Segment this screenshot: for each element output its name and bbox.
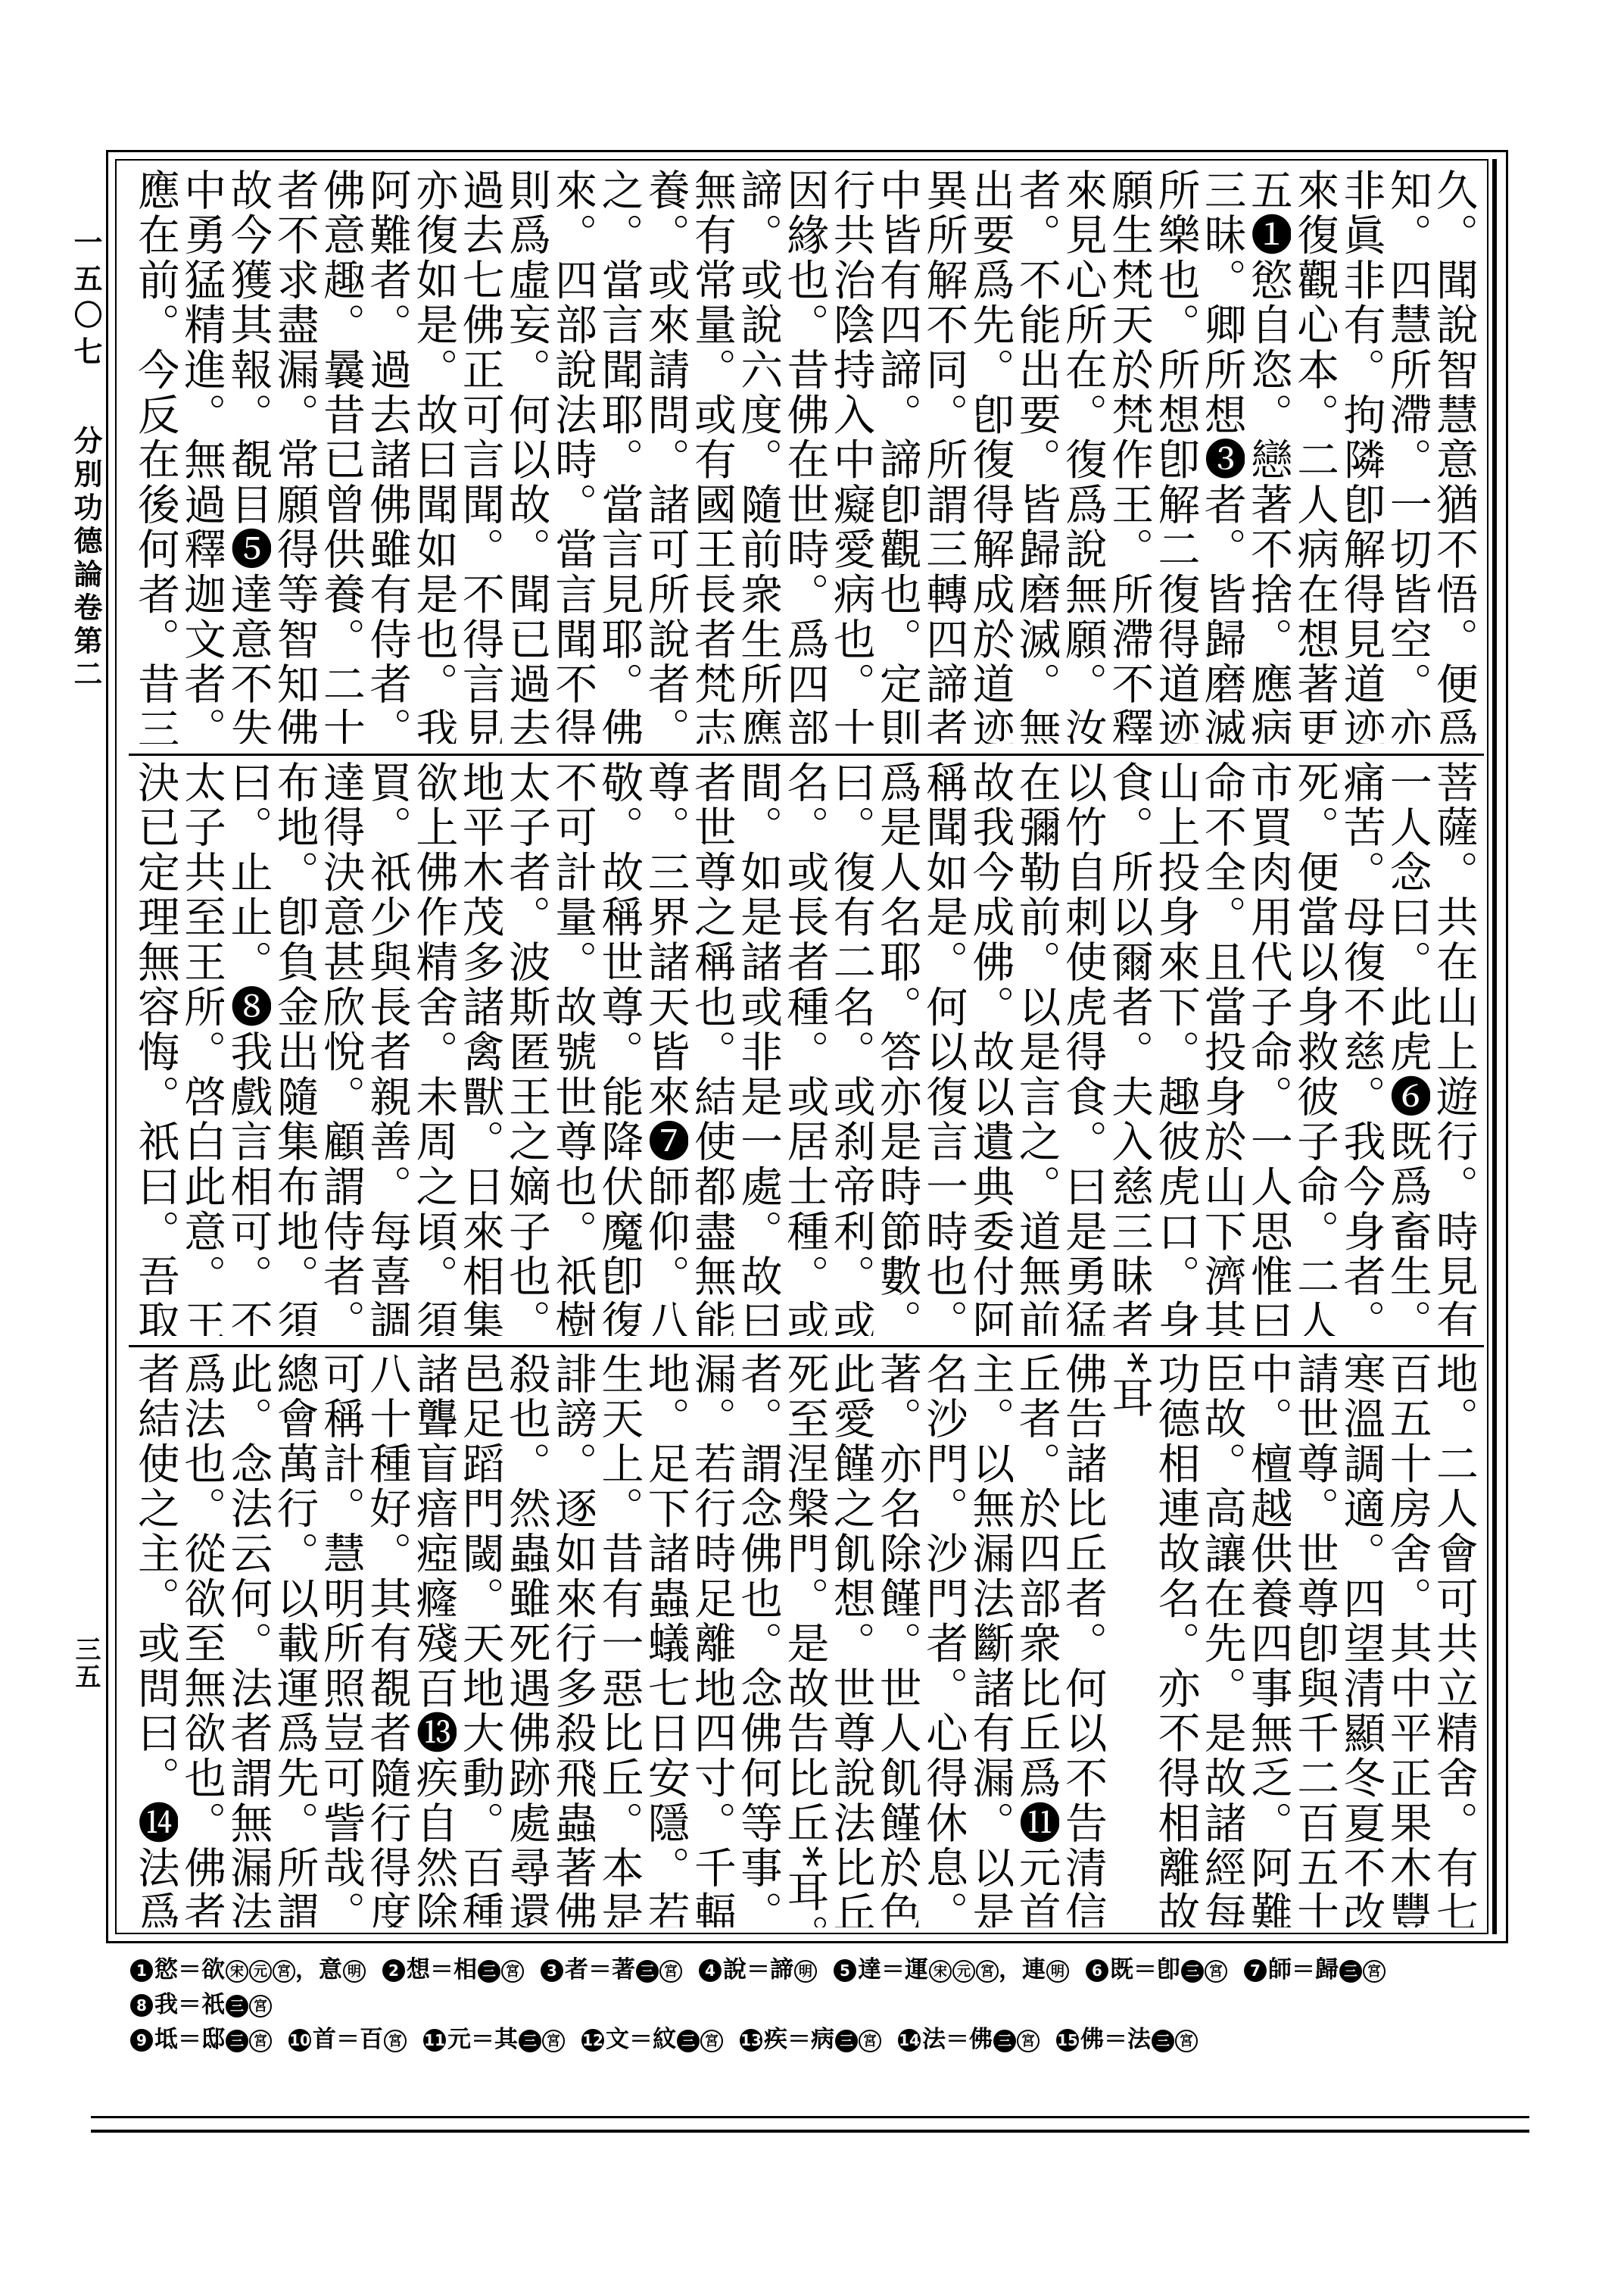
text-column: 太子者。波斯匿王之嫡子也。有園田八十頃。 (503, 760, 549, 1336)
text-column: 知。四慧所滯。一切皆空。亦復無常。喩若幻化 (1385, 168, 1430, 744)
running-header: 一五〇七分別功德論卷第二 (67, 227, 104, 692)
text-column: 請世尊。世尊卽與千二百五十比丘。遊止其 (1292, 1352, 1337, 1927)
text-column: 地。足下諸蟲蟻七日安隱。若其命終者。皆得 (643, 1352, 688, 1927)
edition-mark-icon: 宮 (249, 2030, 272, 2052)
text-column: 決已定理無容悔。祇曰。吾取樹分。卿便取 (132, 760, 178, 1336)
edition-mark-icon: 三 (636, 1960, 659, 1983)
edition-mark-icon: 元 (249, 1960, 272, 1983)
footnote-number-badge: 8 (130, 1994, 153, 2017)
text-column: 者不求盡漏。常願得等智知佛意趣。以是 (272, 168, 317, 744)
text-column: 著。亦名除饉。世人飢饉於色欲。比丘者除 (874, 1352, 920, 1927)
text-column: 此。念法云何。法者謂無漏法無欲法道法無 (226, 1352, 271, 1927)
footnote-variant: 疾＝病 (764, 2026, 834, 2053)
edition-mark-icon: 三 (677, 2030, 700, 2052)
collation-footnotes: 1慾＝欲宋元宮，意明2想＝相三宮3者＝著三宮4說＝諦明5達＝運宋元宮，連明6既＝… (130, 1952, 1508, 2057)
footnote-item: 6既＝卽三宮 (1086, 1952, 1227, 1987)
edition-mark-icon: 三 (226, 2030, 248, 2052)
footnote-variant: 坻＝邸 (154, 2026, 225, 2053)
edition-mark-icon: 宮 (976, 1960, 999, 1983)
text-column: 則爲虛妄。何以故。聞已過去見者現在。如 (503, 168, 549, 744)
text-column: 不可計量。故號世尊也。祇樹給孤獨園。祇陀 (550, 760, 595, 1336)
edition-mark-icon: 三 (478, 1960, 500, 1983)
text-column: 此愛饉之飢想。世尊說法比丘能受。斷除生 (828, 1352, 874, 1927)
bottom-rule (91, 2116, 1529, 2118)
side-page-mark: 三五 (70, 1636, 104, 1690)
footnote-number-badge: 13 (740, 2029, 762, 2052)
text-column: 者世尊之稱也。結使都盡無能過者。故稱爲 (689, 760, 734, 1336)
footnote-variant: 慾＝欲 (154, 1956, 225, 1983)
text-column: 過去七佛正可言聞。不得言見也。汝於將來 (457, 168, 503, 744)
text-column: 市買肉用代子命。一人思惟曰。若此往返子 (1245, 760, 1291, 1336)
footnote-variant: 佛＝法 (1080, 2026, 1151, 2053)
text-column: 命不全。且當投身於山下濟其子命耳。卽從 (1199, 760, 1245, 1336)
text-column: 太子共至王所。啓白此意。王曰。法無二言。許 (179, 760, 224, 1336)
footnote-item: 14法＝佛三宮 (898, 2022, 1040, 2057)
text-column: 地平木茂多諸禽獸。日來相集。祇心存佛。常 (457, 760, 503, 1336)
text-column: 痛苦。母復不慈。我今身者。四大合成會當歸 (1339, 760, 1384, 1336)
text-column: 中勇猛精進。無過釋迦文者。兄弟之中彌勒 (179, 168, 224, 744)
edition-mark-icon: 宮 (249, 1995, 272, 2018)
footnote-item: 2想＝相三宮 (382, 1952, 524, 1987)
text-column: 諦。或說六度。隨前衆生所應聞者。各爲敷演 (735, 168, 781, 744)
text-column: 生天上。昔有一惡比丘。本是外道。欲假服 (597, 1352, 642, 1927)
edition-mark-icon: 三 (1152, 2030, 1174, 2052)
band-divider (129, 1345, 1484, 1347)
text-column: 欲上佛作精舍。未周之頃。須達長者復來請 (411, 760, 457, 1336)
footnote-variant: 達＝運 (858, 1956, 928, 1983)
text-column: 行共治陰持入中癡愛病也。十二者破十二 (828, 168, 874, 744)
footnote-number-badge: 4 (699, 1959, 722, 1982)
edition-mark-icon: 三 (1339, 1960, 1362, 1983)
text-column: 應在前。今反在後何者。昔三十劫前時有三 (132, 168, 178, 744)
edition-mark-icon: 宮 (1017, 2030, 1040, 2052)
footnote-item: 5達＝運宋元宮，連明 (834, 1952, 1069, 1987)
text-band-lower: 地。二人會可共立精舍。有七十二講堂。千二百五十房舍。其中平正果木豐茂。流泉浴池寒… (125, 1352, 1484, 1927)
text-column: 名沙門。沙門者。心得休息。息移有欲寂然無 (921, 1352, 966, 1927)
footnote-number-badge: 2 (382, 1959, 405, 1982)
footnote-number-badge: 9 (130, 2029, 153, 2052)
edition-mark-icon: 宮 (700, 2030, 723, 2052)
text-column: 稱聞如是。何以復言一時也。爲是日月數。 (921, 760, 966, 1336)
text-column: 臣故。高讓在先。是故諸經每稱祇爲❿首。以 (1199, 1352, 1245, 1927)
text-column: 阿難者。過去諸佛雖有侍者。無如阿難知 (364, 168, 410, 744)
edition-mark-icon: 宋 (226, 1960, 248, 1983)
footnote-alt-variant: ，連 (999, 1956, 1046, 1983)
footnote-variant: 想＝相 (407, 1956, 477, 1983)
text-column: 異所解不同。所謂三轉四諦者。空無相願 (921, 168, 966, 744)
text-column: 功德相連故名。亦不得相離故。常合以爲稱 (1153, 1352, 1199, 1927)
footnote-variant: 師＝歸 (1268, 1956, 1339, 1983)
footnote-number-badge: 6 (1086, 1959, 1108, 1982)
text-column: 來復觀心本。二人病在想著更樂。思憶在家。 (1292, 168, 1337, 744)
edition-mark-icon: 三 (835, 2030, 858, 2052)
text-column: 總會萬行。以載運爲先。所謂念佛。其義如 (272, 1352, 317, 1927)
text-column: 故今獲其報。覩目❺達意不失宜則。諸佛之 (226, 168, 271, 744)
edition-mark-icon: 宮 (384, 2030, 407, 2052)
text-column: 誹謗。逐如來行多殺飛蟲著佛跡處。言蹈蟲 (550, 1352, 595, 1927)
text-column: 養。或來請問。諸可所說者。阿離問曰。云何名 (643, 168, 688, 744)
text-column: 一人念曰。此虎❻既爲畜生。復食其子死有 (1385, 760, 1430, 1336)
text-column: 亦復如是。故曰聞如是也。我所以慇懃囑累 (411, 168, 457, 744)
edition-mark-icon: 明 (343, 1960, 366, 1983)
edition-mark-icon: 三 (1181, 1960, 1204, 1983)
footnote-item: 10首＝百宮 (288, 2022, 407, 2057)
edition-mark-icon: 宋 (929, 1960, 952, 1983)
footnote-item: 8我＝祇三宮 (130, 1987, 272, 2022)
text-column: 曰。復有二名。或刹帝利。或婆羅門。復有二 (828, 760, 874, 1336)
text-column: 中皆有四諦。諦卽觀也。定則止也。止觀雙 (874, 168, 920, 744)
footnote-number-badge: 15 (1056, 2029, 1079, 2052)
text-column: 食。所以爾者。夫入慈三昧者。物莫能害也。故 (1106, 760, 1152, 1336)
text-column: 者結使之主。或問曰。⓮法爲在先⓯佛爲在先。 (132, 1352, 178, 1927)
text-column: 漏。若行時足離地四寸。千輻相⓬文跡現於 (689, 1352, 734, 1927)
text-column: 死至涅槃門。是故告比丘*耳。當修行一法 (782, 1352, 828, 1927)
text-column: 願生梵天於梵作王。所滯不釋復以爲累。如 (1106, 168, 1152, 744)
text-column: 敬。故稱世尊。能降伏魔卽復是尊。如是所稱 (597, 760, 642, 1336)
text-column: 者。不能出要。皆歸磨滅。無常存者可捨所求。 (1014, 168, 1059, 744)
text-band-upper: 久。聞說智慧意猶不悟。便爲說空。拘隣當知。四慧所滯。一切皆空。亦復無常。喩若幻化… (125, 168, 1484, 744)
text-column: 名。或長者種。或居士種。或在天上。或在人 (782, 760, 828, 1336)
text-column: 非眞非有。拘隣卽解得見道迹。四人未解。如 (1339, 168, 1384, 744)
footnote-variant: 元＝其 (447, 2026, 518, 2053)
text-column: 以竹自刺使虎得食。曰是勇猛卽超九劫。今 (1060, 760, 1105, 1336)
footnote-variant: 既＝卽 (1110, 1956, 1180, 1983)
text-column: 布地。卽負金出隨集布地。須臾滿四十頃。祇 (272, 760, 317, 1336)
edition-mark-icon: 宮 (659, 1960, 682, 1983)
text-column: 達得決意甚欣悅。顧謂侍者。速嚴駕象載金 (318, 760, 363, 1336)
text-column: 丘者。於四部衆比丘爲⓫元首。又復是破惡之 (1014, 1352, 1059, 1927)
edition-mark-icon: 宮 (859, 2030, 881, 2052)
edition-mark-icon: 元 (952, 1960, 975, 1983)
footnote-number-badge: 1 (130, 1959, 153, 1982)
footnote-item: 12文＝紋三宮 (581, 2022, 723, 2057)
text-column: 八十種好。其有覩者隨行得度。功德所濟不 (364, 1352, 410, 1927)
footnote-item: 15佛＝法三宮 (1056, 2022, 1198, 2057)
text-column: 無有常量。或有國王長者梵志居士。或請供 (689, 168, 734, 744)
footnote-item: 3者＝著三宮 (541, 1952, 682, 1987)
footnote-variant: 我＝祇 (154, 1991, 225, 2018)
text-column: 三昧。卿所想❸者。皆歸磨滅。故爲馳心放在 (1199, 168, 1245, 744)
text-column: 久。聞說智慧意猶不悟。便爲說空。拘隣當 (1431, 168, 1476, 744)
bottom-rule (91, 2130, 1529, 2133)
text-column: 菩薩。共在山上遊行。時見有餓虎欲食其子。 (1431, 760, 1476, 1336)
text-column: 寒溫調適。四望清顯冬夏不改。嚴治都訖共 (1339, 1352, 1384, 1927)
text-column: 主。以無漏法斷諸有漏。以是故先告比丘。亦 (968, 1352, 1013, 1927)
text-column: 出要爲先。卽復得解成於道迹。五人所滯。各 (968, 168, 1013, 744)
footnote-alt-variant: ，意 (295, 1956, 342, 1983)
footnote-number-badge: 7 (1244, 1959, 1267, 1982)
edition-mark-icon: 三 (226, 1995, 248, 2018)
edition-mark-icon: 三 (993, 2030, 1016, 2052)
footnote-item: 11元＝其三宮 (423, 2022, 565, 2057)
text-column: 尊。三界諸天皆來❼師仰。八部鬼神亦所宗 (643, 760, 688, 1336)
text-column: 邑足蹈門閾。天地大動。百種音樂不鼓自鳴。 (457, 1352, 503, 1927)
footnote-number-badge: 11 (423, 2029, 446, 2052)
edition-mark-icon: 明 (794, 1960, 817, 1983)
text-column: 諸聾盲瘖瘂癃殘百⓭疾自然除愈。三十二相 (411, 1352, 457, 1927)
footnote-item: 1慾＝欲宋元宮，意明 (130, 1952, 366, 1987)
footnote-number-badge: 3 (541, 1959, 563, 1982)
footnote-variant: 文＝紋 (606, 2026, 676, 2053)
text-column: 死。便當以身救彼子命。二人不肯。方欲詣 (1292, 760, 1337, 1336)
text-band-middle: 菩薩。共在山上遊行。時見有餓虎欲食其子。一人念曰。此虎❻既爲畜生。復食其子死有痛… (125, 760, 1484, 1336)
footnote-variant: 首＝百 (313, 2026, 383, 2053)
text-column: 百五十房舍。其中平正果木豐茂。流泉浴池 (1385, 1352, 1430, 1927)
footnote-number-badge: 5 (834, 1959, 856, 1982)
page-number: 一五〇七 (69, 227, 102, 373)
text-column: 可稱計。慧明所照豈可訾哉。佛者諸法之主。 (318, 1352, 363, 1927)
edition-mark-icon: 宮 (1363, 1960, 1386, 1983)
footnote-item: 13疾＝病三宮 (740, 2022, 881, 2057)
text-column: 來。四部說法時。當言聞不得言見。若言見者 (550, 168, 595, 744)
edition-mark-icon: 宮 (1205, 1960, 1227, 1983)
text-column: 間。如是諸或非是一處。故曰一時也。婆伽婆 (735, 760, 781, 1336)
volume-title: 分別功德論卷第二 (69, 426, 102, 692)
text-column: 五❶慾自恣。戀著不捨。應病投藥。便說無❷想 (1245, 168, 1291, 744)
text-column: 之。當言聞耶。當言見耶。佛告阿難。後在將 (597, 168, 642, 744)
text-column: 所樂也。所想卽解二復得道迹。餘二人心常 (1153, 168, 1199, 744)
footnote-number-badge: 12 (581, 2029, 604, 2052)
text-column: 地。二人會可共立精舍。有七十二講堂。千二 (1431, 1352, 1476, 1927)
band-divider (129, 754, 1484, 756)
footnote-item: 4說＝諦明 (699, 1952, 817, 1987)
footnote-number-badge: 10 (288, 2029, 311, 2052)
footnote-variant: 法＝佛 (922, 2026, 993, 2053)
edition-mark-icon: 明 (1046, 1960, 1069, 1983)
edition-mark-icon: 宮 (501, 1960, 524, 1983)
text-column: 來見心所在。復爲說無願。汝所願求梵天王 (1060, 168, 1105, 744)
text-column: 買。祇少與長者親善。每喜調戲。戲言許可。須 (364, 760, 410, 1336)
text-column: 在彌勒前。以是言之。道無前後意決爲先。是 (1014, 760, 1059, 1336)
text-column: 者。謂念佛也。念佛何等事。佛身金剛無有諸 (735, 1352, 781, 1927)
text-column: 山上投身來下。趣彼虎口。身則安隱虎不敢 (1153, 760, 1199, 1336)
text-column: 中。檀越供養四事無乏。阿難邠❾坻以是國 (1245, 1352, 1291, 1927)
text-column: *耳 (1106, 1352, 1152, 1927)
footnote-variant: 者＝著 (565, 1956, 635, 1983)
footnote-item: 9坻＝邸三宮 (130, 2022, 272, 2057)
footnote-number-badge: 14 (898, 2029, 921, 2052)
text-column: 爲是人名耶。答亦是時節數。亦是在人名。或 (874, 760, 920, 1336)
edition-mark-icon: 三 (519, 2030, 541, 2052)
text-column: 曰。止止。❽我戲言相可。不須復布。須達卽與 (226, 760, 271, 1336)
text-column: 故我今成佛。故以遺典委付阿難。汝於當來 (968, 760, 1013, 1336)
footnote-variant: 說＝諦 (723, 1956, 793, 1983)
text-column: 殺也。然蟲雖死遇佛跡處尋還得活。若入城 (503, 1352, 549, 1927)
text-column: 因緣也。昔佛在世時。爲四部說法。或❹說四 (782, 168, 828, 744)
edition-mark-icon: 宮 (273, 1960, 295, 1983)
text-column: 佛意趣。曩昔已曾供養。二十億佛常爲侍 (318, 168, 363, 744)
footnote-item: 7師＝歸三宮 (1244, 1952, 1386, 1987)
text-column: 爲法也。從欲至無欲也。佛者諸法之主。法 (179, 1352, 224, 1927)
edition-mark-icon: 宮 (542, 2030, 565, 2052)
text-column: 佛告諸比丘者。何以不告清信士女。但告比 (1060, 1352, 1105, 1927)
edition-mark-icon: 宮 (1175, 2030, 1198, 2052)
